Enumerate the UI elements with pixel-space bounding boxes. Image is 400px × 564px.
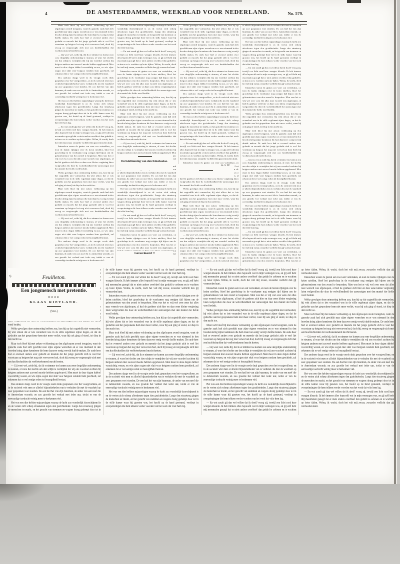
print-paragraph: — Gij weet wel, zeide hij, dat ik er nim… xyxy=(301,335,394,353)
print-paragraph: Welke gevolgen deze ontmoeting hebben zo… xyxy=(203,309,296,323)
print-paragraph: — Gij weet wel, zeide hij, dat ik er nim… xyxy=(180,234,238,256)
print-paragraph: Intusschen waren de gasten een voor een … xyxy=(301,276,394,297)
print-paragraph: Maar toch bleef hij met zekere voldoenin… xyxy=(203,324,296,345)
print-paragraph: Het was een dier heldere najaarsdagen wa… xyxy=(301,372,394,390)
feuilleton-title: Een jongmensch met pretentie. xyxy=(8,289,100,295)
masthead-title: DE AMSTERDAMMER, WEEKBLAD VOOR NEDERLAND… xyxy=(55,10,301,16)
print-paragraph: Het was een dier heldere najaarsdagen wa… xyxy=(180,116,238,141)
feuilleton-label: Feuilleton. xyxy=(8,275,100,281)
page-number: 4 xyxy=(45,11,47,16)
print-paragraph: — Gij weet wel, zeide hij, dat ik er nim… xyxy=(8,364,101,382)
section-divider xyxy=(199,170,213,171)
upper-page-section: 4 DE AMSTERDAMMER, WEEKBLAD VOOR NEDERLA… xyxy=(55,8,301,266)
upper-text-columns: Maar toch bleef hij met zekere voldoenin… xyxy=(55,24,301,266)
print-paragraph: Maar toch bleef hij met zekere voldoenin… xyxy=(180,41,238,70)
print-paragraph: — En wat zoudt gij dan wel willen dat ik… xyxy=(180,142,238,161)
print-paragraph: Het was een dier heldere najaarsdagen wa… xyxy=(242,41,300,66)
feuilleton-divider xyxy=(47,306,61,307)
print-paragraph: Het was een dier heldere najaarsdagen wa… xyxy=(242,204,300,229)
scan-top-edge xyxy=(0,0,242,2)
print-paragraph: Des anderen daags werd in de vroegte ree… xyxy=(242,181,300,203)
print-paragraph: Welke gevolgen deze ontmoeting hebben zo… xyxy=(117,96,175,112)
print-paragraph: — En wat zoudt gij dan wel willen dat ik… xyxy=(117,214,175,233)
section-divider xyxy=(138,156,152,157)
scan-speck xyxy=(347,0,361,3)
lower-page-section: Het was een dier heldere najaarsdagen wa… xyxy=(8,268,394,415)
scanned-newspaper-page: 4 DE AMSTERDAMMER, WEEKBLAD VOOR NEDERLA… xyxy=(0,0,400,564)
print-paragraph: Des anderen daags werd in de vroegte ree… xyxy=(8,383,101,401)
print-paragraph: Maar toch bleef hij met zekere voldoenin… xyxy=(55,24,113,53)
print-paragraph: Het was een dier heldere najaarsdagen wa… xyxy=(106,390,199,408)
newspaper-sheet: 4 DE AMSTERDAMMER, WEEKBLAD VOOR NEDERLA… xyxy=(6,0,397,484)
print-paragraph: — Gij weet wel, zeide hij, dat ik er nim… xyxy=(55,53,113,75)
section-heading-2-text: Gevaccineerd !! xyxy=(116,251,173,255)
print-paragraph: Welke gevolgen deze ontmoeting hebben zo… xyxy=(301,298,394,312)
print-paragraph: Des anderen daags werd in de vroegte ree… xyxy=(106,372,199,390)
print-paragraph: Maar toch bleef hij met zekere voldoenin… xyxy=(106,331,199,352)
print-paragraph: — En wat zoudt gij dan wel willen dat ik… xyxy=(242,67,300,86)
article-signature-block: A. v. W. xyxy=(177,164,234,178)
print-paragraph: Des anderen daags werd in de vroegte ree… xyxy=(55,240,113,262)
print-paragraph: Des anderen daags werd in de vroegte ree… xyxy=(203,364,296,382)
print-paragraph: — Gij weet wel, zeide hij, dat ik er nim… xyxy=(180,70,238,92)
print-paragraph: Het was een dier heldere najaarsdagen wa… xyxy=(117,24,175,49)
print-paragraph: Maar toch bleef hij met zekere voldoenin… xyxy=(242,129,300,158)
section-heading-1-text: De beklimming van den Kinaboeloe. xyxy=(116,159,173,163)
print-paragraph: Welke gevolgen deze ontmoeting hebben zo… xyxy=(242,113,300,129)
page-fold-line xyxy=(394,0,396,487)
print-paragraph: — En wat zoudt gij dan wel willen dat ik… xyxy=(117,50,175,69)
print-paragraph: Maar toch bleef hij met zekere voldoenin… xyxy=(301,313,394,334)
print-paragraph: Welke gevolgen deze ontmoeting hebben zo… xyxy=(180,24,238,40)
print-paragraph: Welke gevolgen deze ontmoeting hebben zo… xyxy=(106,316,199,330)
print-paragraph: — En wat zoudt gij dan wel willen dat ik… xyxy=(301,390,394,408)
torn-paper-edge xyxy=(0,0,6,462)
print-paragraph: Welke gevolgen deze ontmoeting hebben zo… xyxy=(55,171,113,187)
print-paragraph: Intusschen waren de gasten een voor een … xyxy=(117,70,175,95)
print-paragraph: — Gij weet wel, zeide hij, dat ik er nim… xyxy=(242,158,300,180)
print-paragraph: Welke gevolgen deze ontmoeting hebben zo… xyxy=(180,188,238,204)
print-paragraph: Des anderen daags werd in de vroegte ree… xyxy=(55,76,113,98)
print-paragraph: Maar toch bleef hij met zekere voldoenin… xyxy=(55,188,113,217)
feuilleton-header: Feuilleton. Een jongmensch met pretentie… xyxy=(8,268,100,321)
feuilleton-ornate-rule xyxy=(12,283,96,287)
print-paragraph: Maar toch bleef hij met zekere voldoenin… xyxy=(8,342,101,363)
print-paragraph: — Gij weet wel, zeide hij, dat ik er nim… xyxy=(106,353,199,371)
print-paragraph: Maar toch bleef hij met zekere voldoenin… xyxy=(180,204,238,233)
issue-number: No. 579. xyxy=(288,11,303,16)
print-paragraph: — En wat zoudt gij dan wel willen dat ik… xyxy=(55,125,113,144)
feuilleton-author: KLAAS RIETLAND. xyxy=(8,300,100,305)
print-paragraph: Het was een dier heldere najaarsdagen wa… xyxy=(117,188,175,213)
dense-print-upper: Maar toch bleef hij met zekere voldoenin… xyxy=(55,24,301,266)
part-note: (Slot.) xyxy=(8,309,100,313)
print-paragraph: Des anderen daags werd in de vroegte ree… xyxy=(301,353,394,371)
print-paragraph: Intusschen waren de gasten een voor een … xyxy=(106,294,199,315)
section-heading-1: De beklimming van den Kinaboeloe. xyxy=(116,154,173,170)
print-paragraph: Des anderen daags werd in de vroegte ree… xyxy=(180,93,238,115)
installment-mark: 5) xyxy=(9,275,11,278)
print-paragraph: Intusschen waren de gasten een voor een … xyxy=(55,145,113,170)
print-paragraph: — Gij weet wel, zeide hij, dat ik er nim… xyxy=(55,217,113,239)
article-signature: A. v. W. xyxy=(177,164,234,168)
section-heading-2: Gevaccineerd !! xyxy=(116,251,173,263)
print-paragraph: Het was een dier heldere najaarsdagen wa… xyxy=(203,383,296,401)
print-paragraph: Welke gevolgen deze ontmoeting hebben zo… xyxy=(8,327,101,341)
page-header: 4 DE AMSTERDAMMER, WEEKBLAD VOOR NEDERLA… xyxy=(55,8,301,20)
print-paragraph: Maar toch bleef hij met zekere voldoenin… xyxy=(117,113,175,142)
print-paragraph: — En wat zoudt gij dan wel willen dat ik… xyxy=(242,230,300,249)
print-paragraph: — En wat zoudt gij dan wel willen dat ik… xyxy=(106,276,199,294)
print-paragraph: Intusschen waren de gasten een voor een … xyxy=(242,86,300,111)
scan-bottom-margin xyxy=(0,484,400,564)
print-paragraph: — Gij weet wel, zeide hij, dat ik er nim… xyxy=(203,346,296,364)
print-paragraph: — En wat zoudt gij dan wel willen dat ik… xyxy=(203,268,296,286)
print-paragraph: Het was een dier heldere najaarsdagen wa… xyxy=(55,99,113,124)
print-paragraph: Intusschen waren de gasten een voor een … xyxy=(203,287,296,308)
